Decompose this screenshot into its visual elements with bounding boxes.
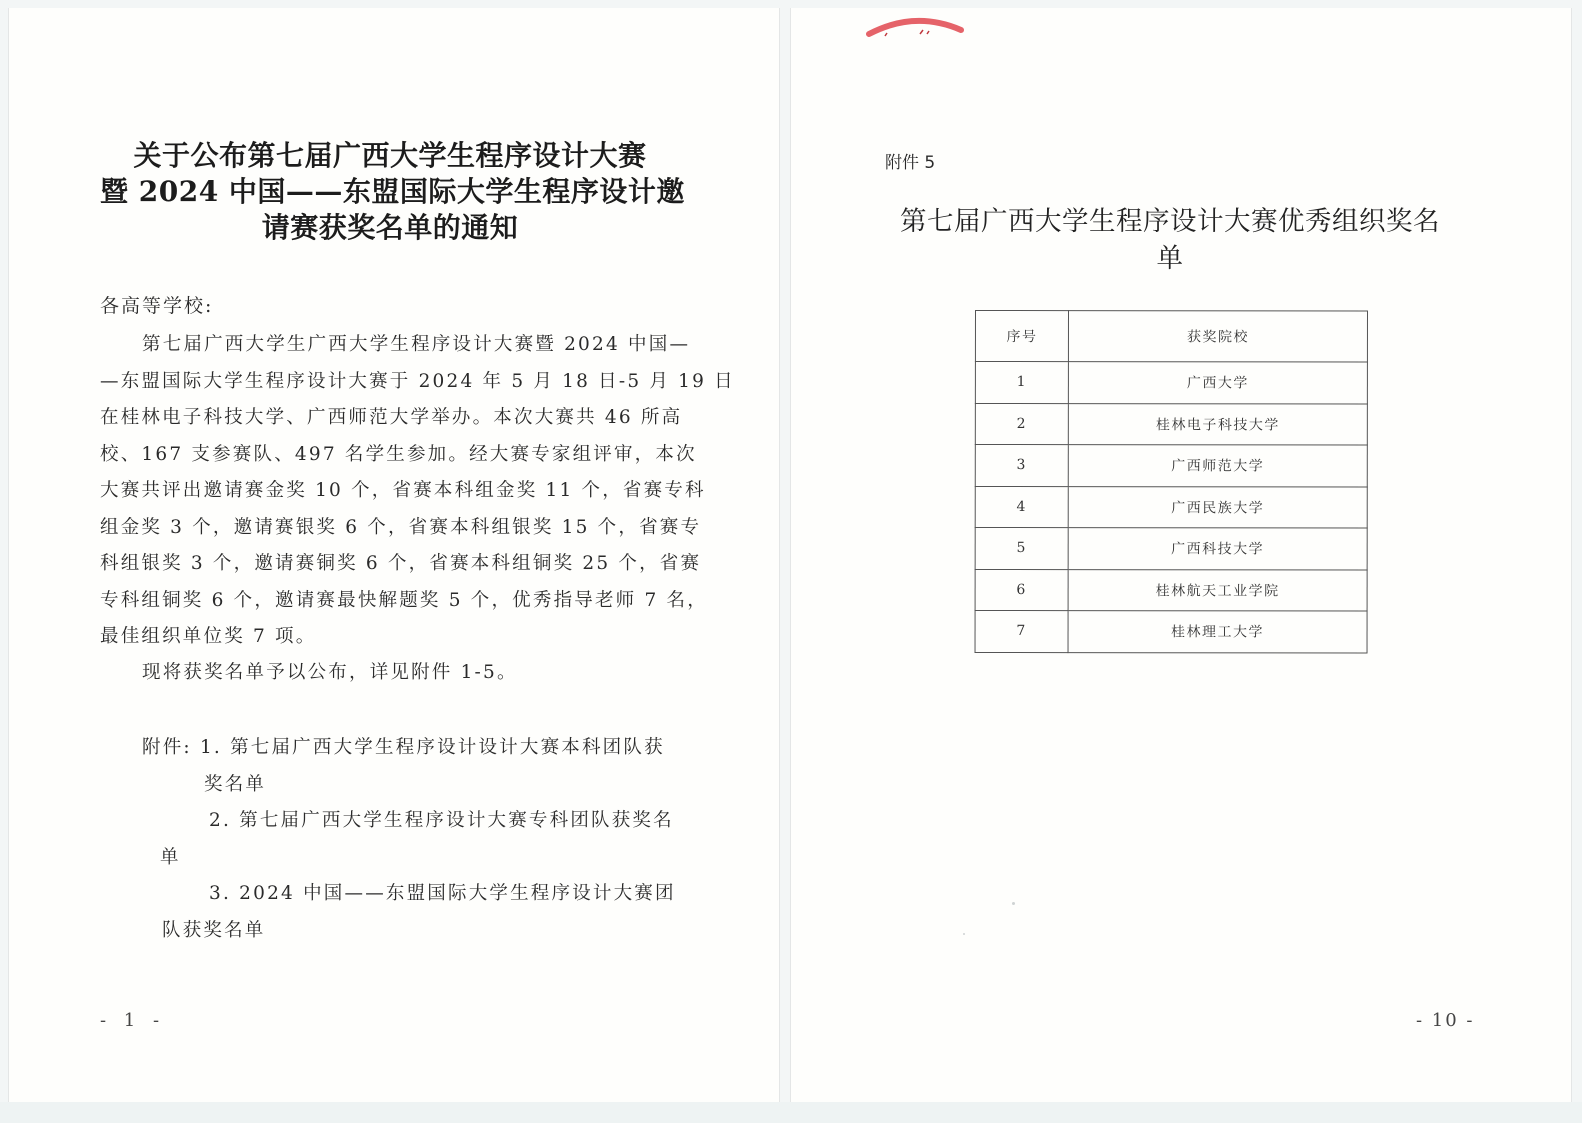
award-list-title: 第七届广西大学生程序设计大赛优秀组织奖名 单 — [880, 203, 1460, 277]
body-line: 最佳组织单位奖 7 项。 — [100, 619, 680, 656]
row-school: 广西师范大学 — [1068, 445, 1367, 487]
body-line: 专科组铜奖 6 个，邀请赛最快解题奖 5 个，优秀指导老师 7 名， — [100, 583, 680, 620]
scan-speck — [963, 933, 965, 935]
body-line: 校、167 支参赛队、497 名学生参加。经大赛专家组评审，本次 — [100, 437, 680, 474]
body-line: —东盟国际大学生程序设计大赛于 2024 年 5 月 18 日-5 月 19 日 — [100, 364, 680, 401]
table-header-row: 序号 获奖院校 — [975, 311, 1367, 363]
body-line: 科组银奖 3 个，邀请赛铜奖 6 个，省赛本科组铜奖 25 个，省赛 — [100, 546, 680, 583]
attachment-item-1: 附件: 1. 第七届广西大学生程序设计设计大赛本科团队获 — [142, 730, 687, 767]
table-row: 6 桂林航天工业学院 — [975, 569, 1367, 611]
row-number: 1 — [975, 362, 1068, 404]
row-school: 广西大学 — [1068, 362, 1367, 404]
award-table: 序号 获奖院校 1 广西大学 2 桂林电子科技大学 3 广西师范大学 4 广西民… — [975, 310, 1368, 653]
column-header-school: 获奖院校 — [1068, 311, 1367, 362]
row-number: 5 — [975, 528, 1068, 570]
row-number: 3 — [975, 445, 1068, 487]
attachment-item-3: 3. 2024 中国——东盟国际大学生程序设计大赛团 — [142, 876, 687, 913]
attachment-item-2: 2. 第七届广西大学生程序设计大赛专科团队获奖名 — [142, 803, 687, 840]
attachments-list: 附件: 1. 第七届广西大学生程序设计设计大赛本科团队获 奖名单 2. 第七届广… — [142, 730, 687, 949]
row-school: 桂林理工大学 — [1068, 611, 1367, 653]
row-number: 4 — [975, 486, 1068, 528]
row-number: 2 — [975, 403, 1068, 445]
row-school: 桂林航天工业学院 — [1068, 569, 1367, 611]
attachment-label: 附件 5 — [885, 148, 935, 173]
body-line: 组金奖 3 个，邀请赛银奖 6 个，省赛本科组银奖 15 个，省赛专 — [100, 510, 680, 547]
scan-speck — [1012, 902, 1015, 905]
table-row: 7 桂林理工大学 — [975, 611, 1367, 653]
row-number: 6 — [975, 569, 1068, 611]
attachments-label: 附件: — [142, 737, 192, 758]
page-number: - 1 - — [100, 1010, 165, 1031]
attachment-item-2-cont: 单 — [142, 840, 687, 877]
red-seal-stamp-icon — [865, 10, 965, 38]
table-row: 5 广西科技大学 — [975, 528, 1367, 570]
table-row: 2 桂林电子科技大学 — [975, 403, 1367, 445]
body-line: 第七届广西大学生广西大学生程序设计大赛暨 2024 中国— — [100, 327, 680, 364]
table-row: 3 广西师范大学 — [975, 445, 1367, 487]
scanner-background — [0, 1102, 1582, 1123]
row-school: 广西科技大学 — [1068, 528, 1367, 570]
table-row: 4 广西民族大学 — [975, 486, 1367, 528]
row-school: 桂林电子科技大学 — [1068, 403, 1367, 445]
award-list-title-line: 单 — [880, 240, 1460, 277]
notice-title-line: 请赛获奖名单的通知 — [100, 210, 680, 246]
body-line: 大赛共评出邀请赛金奖 10 个，省赛本科组金奖 11 个，省赛专科 — [100, 473, 680, 510]
column-header-number: 序号 — [975, 311, 1068, 362]
body-line: 在桂林电子科技大学、广西师范大学举办。本次大赛共 46 所高 — [100, 400, 680, 437]
attachment-item-1-cont: 奖名单 — [142, 767, 687, 804]
attachment-item-3-cont: 队获奖名单 — [142, 913, 687, 950]
table-row: 1 广西大学 — [975, 362, 1367, 404]
page-number: - 10 - — [1416, 1010, 1475, 1031]
notice-body: 第七届广西大学生广西大学生程序设计大赛暨 2024 中国— —东盟国际大学生程序… — [100, 327, 680, 656]
award-list-title-line: 第七届广西大学生程序设计大赛优秀组织奖名 — [880, 203, 1460, 240]
salutation: 各高等学校: — [100, 291, 213, 318]
notice-title-line: 关于公布第七届广西大学生程序设计大赛 — [100, 138, 680, 174]
notice-title: 关于公布第七届广西大学生程序设计大赛 暨 2024 中国——东盟国际大学生程序设… — [100, 138, 680, 246]
notice-title-line: 暨 2024 中国——东盟国际大学生程序设计邀 — [100, 174, 680, 210]
row-school: 广西民族大学 — [1068, 486, 1367, 528]
row-number: 7 — [975, 611, 1068, 653]
publish-statement: 现将获奖名单予以公布，详见附件 1-5。 — [142, 658, 518, 684]
